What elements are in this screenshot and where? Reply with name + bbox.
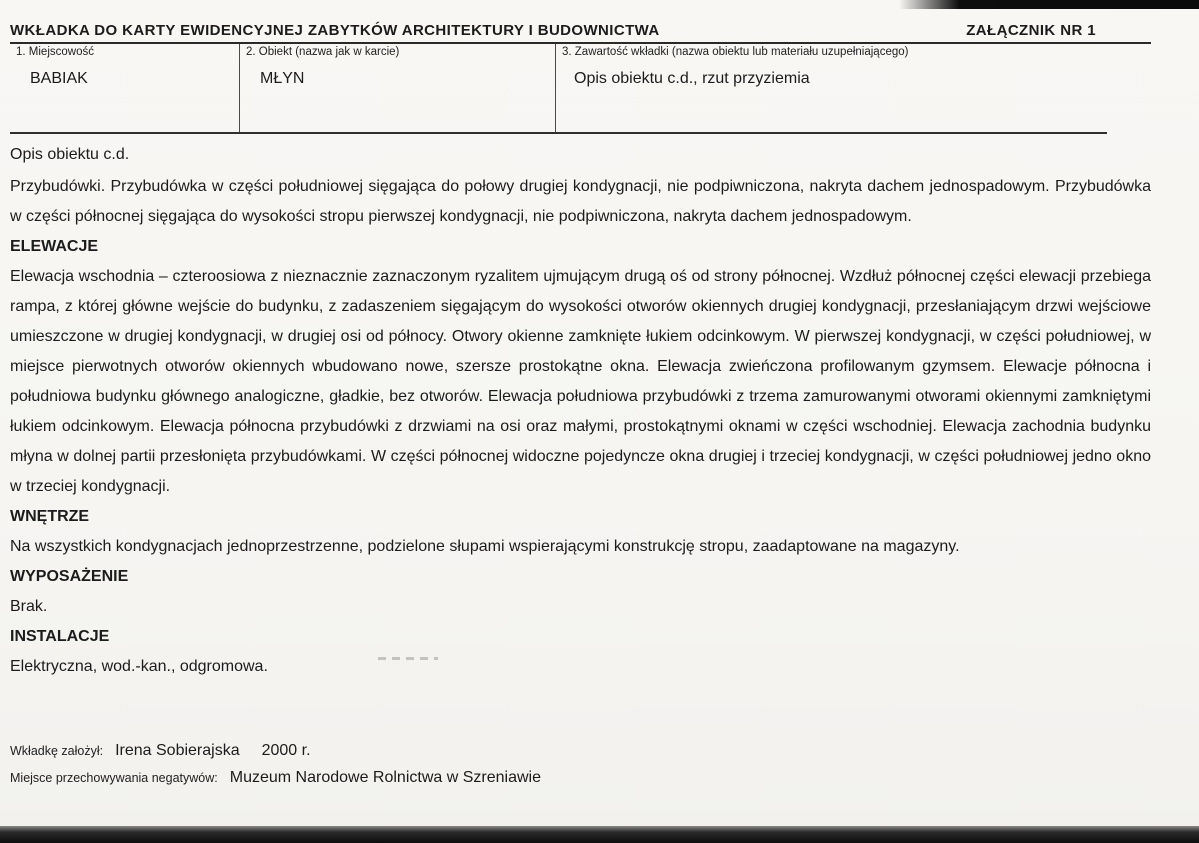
section-instalacje-text: Elektryczna, wod.-kan., odgromowa. (10, 652, 1151, 682)
document-content: WKŁADKA DO KARTY EWIDENCYJNEJ ZABYTKÓW A… (10, 22, 1151, 682)
field-value: Opis obiektu c.d., rzut przyziemia (562, 70, 1101, 88)
field-zawartosc-wkladki: 3. Zawartość wkładki (nazwa obiektu lub … (556, 44, 1107, 132)
author-year: 2000 r. (262, 742, 311, 760)
scan-edge-artifact-bottom (0, 826, 1199, 843)
field-label: 2. Obiekt (nazwa jak w karcie) (246, 46, 549, 58)
scanned-document-page: WKŁADKA DO KARTY EWIDENCYJNEJ ZABYTKÓW A… (0, 0, 1199, 843)
scan-edge-artifact-top (899, 0, 1199, 9)
section-przybudowki-text: Przybudówki. Przybudówka w części połudn… (10, 172, 1151, 232)
field-label: 3. Zawartość wkładki (nazwa obiektu lub … (562, 46, 1101, 58)
annex-label: ZAŁĄCZNIK NR 1 (966, 22, 1096, 39)
section-heading-elewacje: ELEWACJE (10, 232, 1151, 262)
negatives-label: Miejsce przechowywania negatywów: (10, 771, 218, 785)
author-name: Irena Sobierajska (115, 742, 240, 760)
footer-negatives-row: Miejsce przechowywania negatywów: Muzeum… (10, 769, 541, 787)
document-body: Opis obiektu c.d. Przybudówki. Przybudów… (10, 140, 1151, 682)
field-miejscowosc: 1. Miejscowość BABIAK (10, 44, 240, 132)
section-heading-wyposazenie: WYPOSAŻENIE (10, 562, 1151, 592)
field-label: 1. Miejscowość (16, 46, 233, 58)
field-value: MŁYN (246, 70, 549, 88)
section-elewacje-text: Elewacja wschodnia – czteroosiowa z niez… (10, 262, 1151, 502)
author-label: Wkładkę założył: (10, 744, 103, 758)
negatives-value: Muzeum Narodowe Rolnictwa w Szreniawie (230, 769, 541, 787)
scan-smudge-artifact (378, 657, 438, 660)
document-header: WKŁADKA DO KARTY EWIDENCYJNEJ ZABYTKÓW A… (10, 22, 1151, 44)
document-title: WKŁADKA DO KARTY EWIDENCYJNEJ ZABYTKÓW A… (10, 22, 660, 39)
body-intro: Opis obiektu c.d. (10, 140, 1151, 170)
section-wyposazenie-text: Brak. (10, 592, 1151, 622)
section-wnetrze-text: Na wszystkich kondygnacjach jednoprzestr… (10, 532, 1151, 562)
field-value: BABIAK (16, 70, 233, 88)
field-table: 1. Miejscowość BABIAK 2. Obiekt (nazwa j… (10, 44, 1107, 134)
footer-author-row: Wkładkę założył: Irena Sobierajska 2000 … (10, 742, 541, 760)
section-heading-instalacje: INSTALACJE (10, 622, 1151, 652)
field-obiekt: 2. Obiekt (nazwa jak w karcie) MŁYN (240, 44, 556, 132)
section-heading-wnetrze: WNĘTRZE (10, 502, 1151, 532)
document-footer: Wkładkę założył: Irena Sobierajska 2000 … (10, 742, 541, 796)
